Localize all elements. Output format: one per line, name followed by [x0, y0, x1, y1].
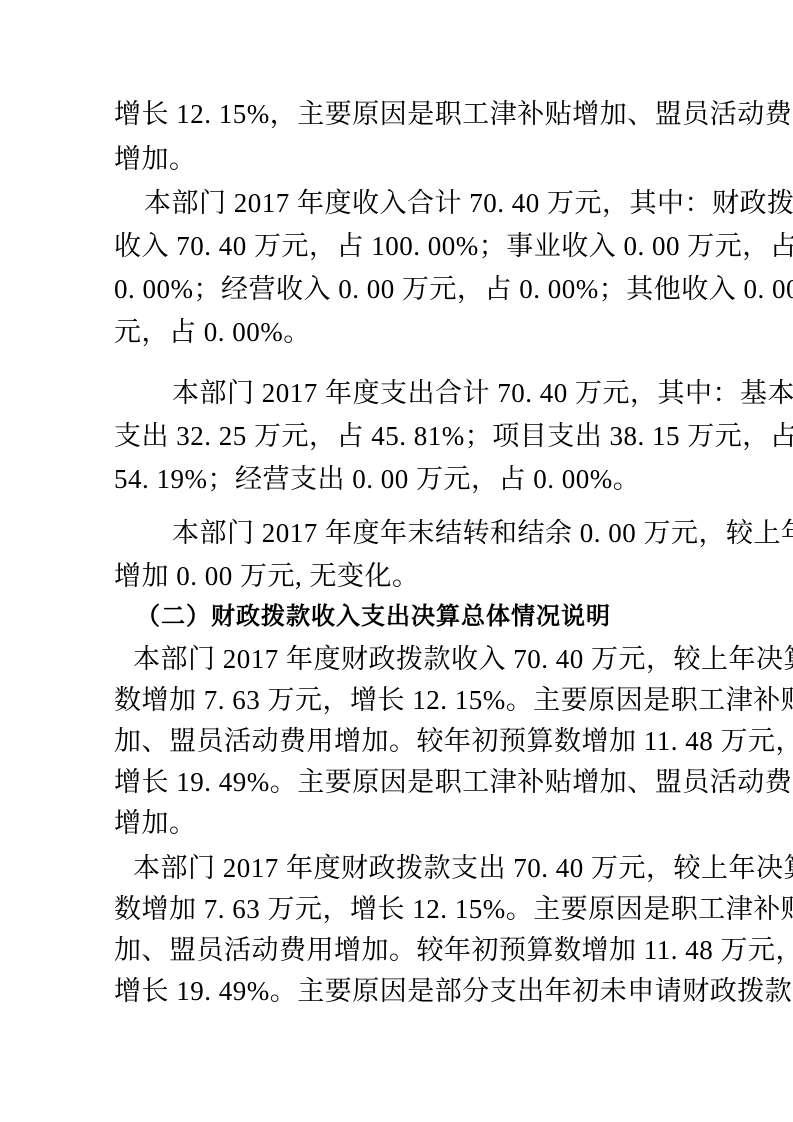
- document-content: 增长 12. 15%，主要原因是职工津补贴增加、盟员活动费用 增加。 本部门 2…: [114, 92, 778, 1012]
- section-heading-fiscal-allocation: （二）财政拨款收入支出决算总体情况说明: [114, 596, 778, 639]
- text-line: 0. 00%；经营收入 0. 00 万元，占 0. 00%；其他收入 0. 00…: [114, 268, 778, 311]
- text-line: 加、盟员活动费用增加。较年初预算数增加 11. 48 万元，: [114, 930, 778, 971]
- text-line: 本部门 2017 年度财政拨款收入 70. 40 万元，较上年决算: [114, 639, 778, 680]
- para-annual-income-total: 本部门 2017 年度收入合计 70. 40 万元，其中：财政拨款 收入 70.…: [114, 182, 778, 354]
- para-annual-expenditure-total: 本部门 2017 年度支出合计 70. 40 万元，其中：基本 支出 32. 2…: [114, 372, 778, 501]
- document-page: 增长 12. 15%，主要原因是职工津补贴增加、盟员活动费用 增加。 本部门 2…: [0, 0, 793, 1122]
- text-line: 增加。: [114, 803, 778, 844]
- text-line: 加、盟员活动费用增加。较年初预算数增加 11. 48 万元，: [114, 721, 778, 762]
- para-fiscal-allocation-expenditure: 本部门 2017 年度财政拨款支出 70. 40 万元，较上年决算 数增加 7.…: [114, 848, 778, 1012]
- text-line: 增长 19. 49%。主要原因是职工津补贴增加、盟员活动费用: [114, 762, 778, 803]
- text-line: 本部门 2017 年度财政拨款支出 70. 40 万元，较上年决算: [114, 848, 778, 889]
- text-line: 增长 12. 15%，主要原因是职工津补贴增加、盟员活动费用: [114, 92, 778, 137]
- text-line: 数增加 7. 63 万元，增长 12. 15%。主要原因是职工津补贴增: [114, 889, 778, 930]
- text-line: 数增加 7. 63 万元，增长 12. 15%。主要原因是职工津补贴增: [114, 680, 778, 721]
- para-growth-continuation: 增长 12. 15%，主要原因是职工津补贴增加、盟员活动费用 增加。: [114, 92, 778, 182]
- para-year-end-balance: 本部门 2017 年度年末结转和结余 0. 00 万元，较上年 增加 0. 00…: [114, 512, 778, 598]
- heading-text: （二）财政拨款收入支出决算总体情况说明: [114, 596, 778, 639]
- text-line: 元，占 0. 00%。: [114, 311, 778, 354]
- text-line: 本部门 2017 年度收入合计 70. 40 万元，其中：财政拨款: [114, 182, 778, 225]
- text-line: 本部门 2017 年度年末结转和结余 0. 00 万元，较上年: [114, 512, 778, 555]
- text-line: 增加。: [114, 137, 778, 182]
- text-line: 增长 19. 49%。主要原因是部分支出年初未申请财政拨款预: [114, 971, 778, 1012]
- text-line: 增加 0. 00 万元, 无变化。: [114, 555, 778, 598]
- text-line: 收入 70. 40 万元，占 100. 00%；事业收入 0. 00 万元，占: [114, 225, 778, 268]
- text-line: 支出 32. 25 万元，占 45. 81%；项目支出 38. 15 万元，占: [114, 415, 778, 458]
- para-fiscal-allocation-income: 本部门 2017 年度财政拨款收入 70. 40 万元，较上年决算 数增加 7.…: [114, 639, 778, 844]
- text-line: 54. 19%；经营支出 0. 00 万元，占 0. 00%。: [114, 458, 778, 501]
- text-line: 本部门 2017 年度支出合计 70. 40 万元，其中：基本: [114, 372, 778, 415]
